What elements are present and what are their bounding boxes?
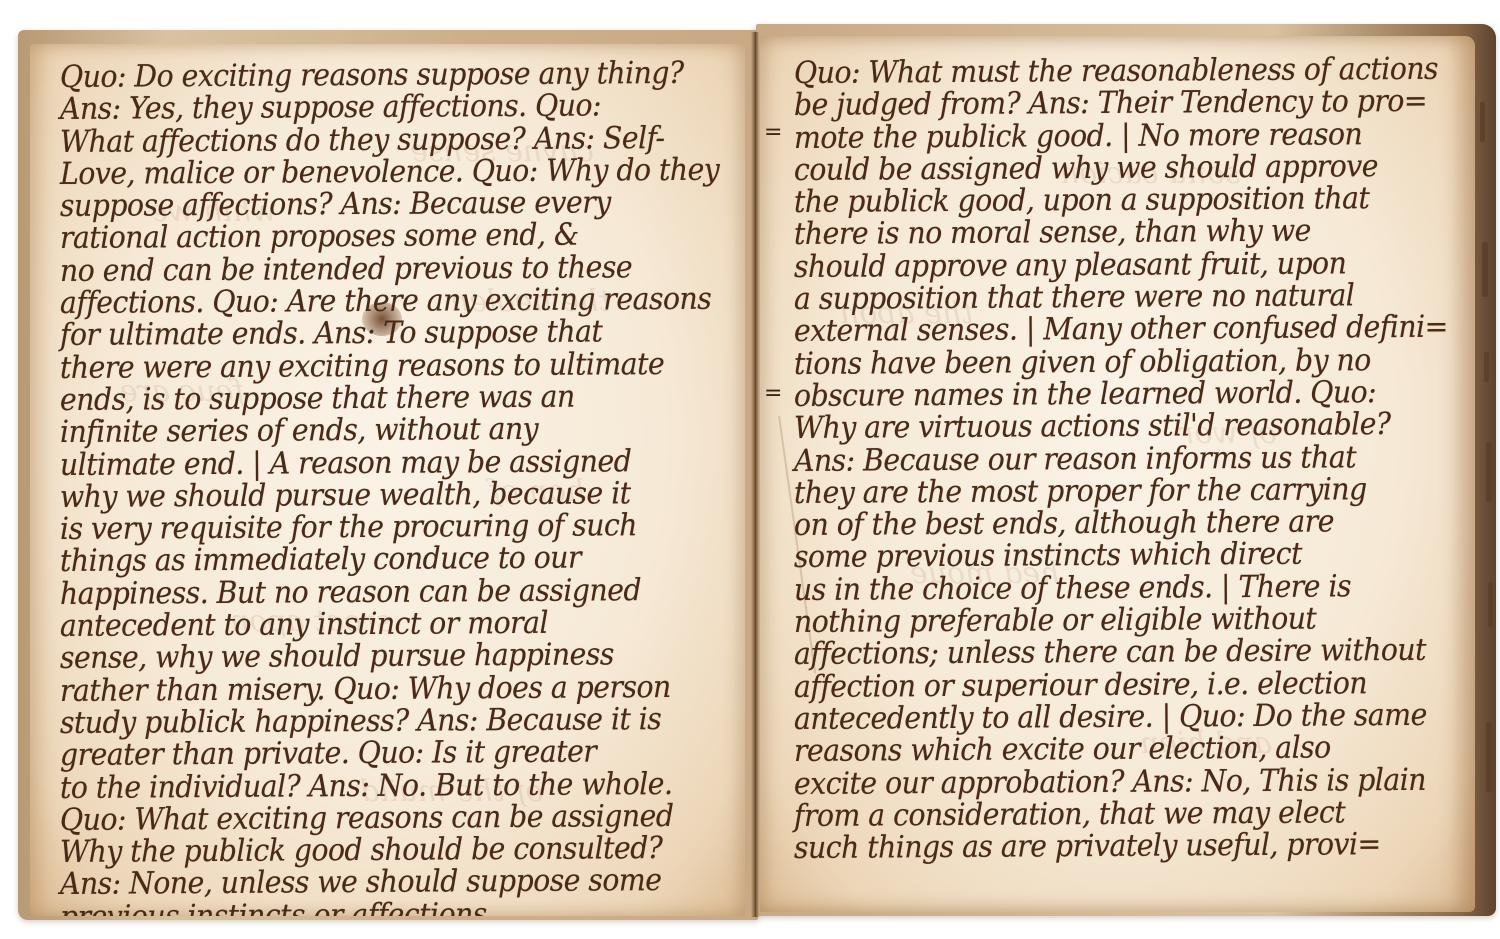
left-page-text: Quo: Do exciting reasons suppose any thi… (60, 62, 721, 916)
manuscript-line: previous instincts or affections. (60, 898, 675, 916)
right-page: sonu cacion the apon of wor hed moue and… (760, 36, 1475, 912)
manuscript-line: happiness. But no reason can be assigned (60, 575, 675, 611)
open-notebook: cavne sense whih we the heolen feuc are … (18, 22, 1496, 922)
torn-page-edge (1480, 102, 1485, 142)
book-gutter (751, 32, 759, 917)
margin-equals-mark: = (764, 120, 782, 145)
margin-equals-mark: = (764, 381, 782, 406)
manuscript-photo: cavne sense whih we the heolen feuc are … (0, 0, 1500, 939)
manuscript-line: Ans: None, unless we should suppose some (60, 865, 675, 901)
torn-page-edge (1486, 442, 1492, 502)
manuscript-line: ends, is to suppose that there was an (60, 381, 675, 417)
manuscript-line: there were any exciting reasons to ultim… (60, 349, 675, 385)
left-page: cavne sense whih we the heolen feuc are … (30, 44, 745, 916)
torn-page-edge (1484, 352, 1489, 382)
manuscript-line: such things as are privately useful, pro… (794, 829, 1405, 865)
right-page-text: Quo: What must the reasonableness of act… (794, 58, 1451, 865)
torn-page-edge (1488, 582, 1493, 627)
torn-page-edge (1486, 722, 1492, 792)
torn-page-edge (1482, 242, 1488, 297)
